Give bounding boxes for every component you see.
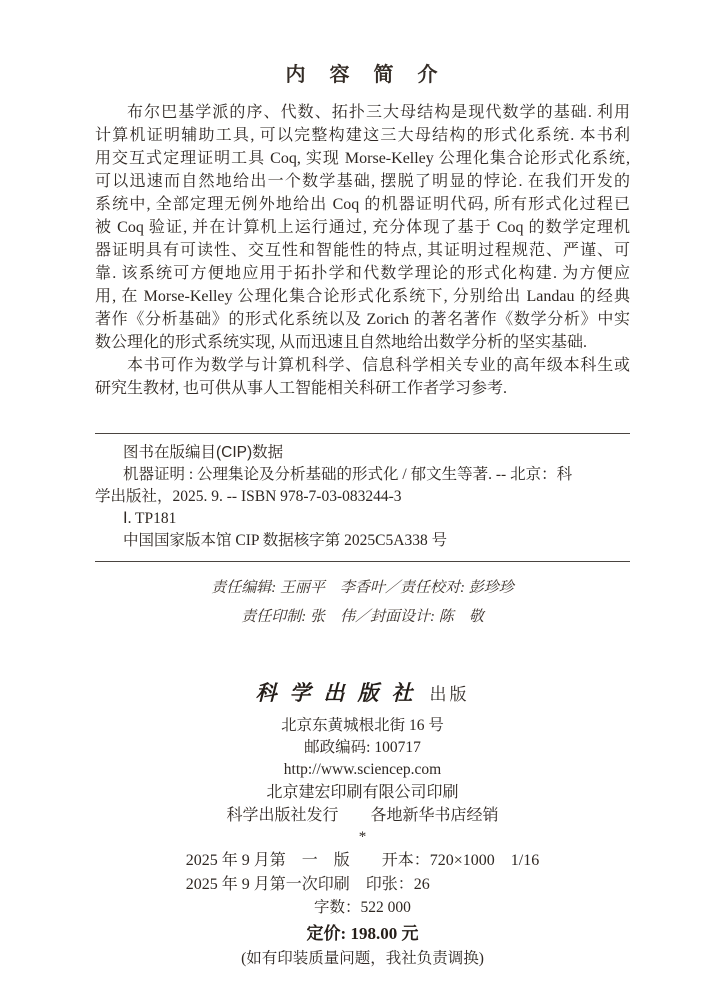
publisher-postcode: 邮政编码: 100717 xyxy=(95,737,630,759)
text-line: 研究生教材, 也可供从事人工智能相关科研工作者学习参考. xyxy=(95,377,630,400)
text-line: 学出版社，2025. 9. -- ISBN 978-7-03-083244-3 xyxy=(95,486,630,508)
text-line: 可以迅速而自然地给出一个数学基础, 摆脱了明显的悖论. 在我们开发的 xyxy=(95,170,630,193)
text-line: 用, 在 Morse-Kelley 公理化集合论形式化系统下, 分别给出 Lan… xyxy=(95,285,630,308)
cip-heading: 图书在版编目(CIP)数据 xyxy=(95,442,630,464)
text-line: Ⅰ. TP181 xyxy=(95,508,630,530)
intro-paragraph-2: 本书可作为数学与计算机科学、信息科学相关专业的高年级本科生或研究生教材, 也可供… xyxy=(95,354,630,400)
text-line: 计算机证明辅助工具, 可以完整构建这三大母结构的形式化系统. 本书利 xyxy=(95,124,630,147)
publisher-logo: 科学出版社 xyxy=(256,681,426,705)
quality-note: (如有印装质量问题，我社负责调换) xyxy=(95,947,630,971)
text-line: 器证明具有可读性、交互性和智能性的特点, 其证明过程规范、严谨、可 xyxy=(95,239,630,262)
text-line: 著作《分析基础》的形式化系统以及 Zorich 的著名著作《数学分析》中实 xyxy=(95,308,630,331)
text-line: 布尔巴基学派的序、代数、拓扑三大母结构是现代数学的基础. 利用 xyxy=(95,101,630,124)
page-title: 内 容 简 介 xyxy=(95,58,630,87)
edition-line-1: 2025 年 9 月第 一 版 开本：720×1000 1/16 xyxy=(186,849,539,873)
printer-line: 北京建宏印刷有限公司印刷 xyxy=(95,781,630,804)
publisher-colophon: 科学出版社 出版 北京东黄城根北街 16 号 邮政编码: 100717 http… xyxy=(95,678,630,971)
cip-lines: 机器证明 : 公理集论及分析基础的形式化 / 郁文生等著. -- 北京：科学出版… xyxy=(95,464,630,552)
edition-info: 2025 年 9 月第 一 版 开本：720×1000 1/16 2025 年 … xyxy=(95,849,630,897)
text-line: 用交互式定理证明工具 Coq, 实现 Morse-Kelley 公理化集合论形式… xyxy=(95,147,630,170)
text-line: 被 Coq 验证, 并在计算机上运行通过, 充分体现了基于 Coq 的数学定理机 xyxy=(95,216,630,239)
text-line: 机器证明 : 公理集论及分析基础的形式化 / 郁文生等著. -- 北京：科 xyxy=(95,464,630,486)
intro-paragraph-1: 布尔巴基学派的序、代数、拓扑三大母结构是现代数学的基础. 利用计算机证明辅助工具… xyxy=(95,101,630,354)
text-line: 本书可作为数学与计算机科学、信息科学相关专业的高年级本科生或 xyxy=(95,354,630,377)
staff-credits: 责任编辑: 王丽平 李香叶／责任校对: 彭珍珍 责任印制: 张 伟／封面设计: … xyxy=(95,574,630,632)
cip-data-block: 图书在版编目(CIP)数据 机器证明 : 公理集论及分析基础的形式化 / 郁文生… xyxy=(95,433,630,562)
text-line: 靠. 该系统可方便地应用于拓扑学和代数学理论的形式化构建. 为方便应 xyxy=(95,262,630,285)
credits-print-design: 责任印制: 张 伟／封面设计: 陈 敬 xyxy=(95,603,630,632)
publisher-suffix: 出版 xyxy=(430,685,470,704)
text-line: 系统中, 全部定理无例外地给出 Coq 的机器证明代码, 所有形式化过程已 xyxy=(95,193,630,216)
publisher-website: http://www.sciencep.com xyxy=(95,759,630,781)
distribution-line: 科学出版社发行 各地新华书店经销 xyxy=(95,804,630,827)
edition-line-2: 2025 年 9 月第一次印刷 印张：26 xyxy=(186,873,539,897)
text-line: 数公理化的形式系统实现, 从而迅速且自然地给出数学分析的坚实基础. xyxy=(95,331,630,354)
publisher-address: 北京东黄城根北街 16 号 xyxy=(95,715,630,737)
price: 定价: 198.00 元 xyxy=(95,921,630,947)
star-separator: * xyxy=(95,829,630,845)
book-copyright-page: 内 容 简 介 布尔巴基学派的序、代数、拓扑三大母结构是现代数学的基础. 利用计… xyxy=(0,0,720,1000)
credits-editors: 责任编辑: 王丽平 李香叶／责任校对: 彭珍珍 xyxy=(95,574,630,603)
word-count: 字数：522 000 xyxy=(95,897,630,919)
publisher-logo-line: 科学出版社 出版 xyxy=(95,678,630,711)
text-line: 中国国家版本馆 CIP 数据核字第 2025C5A338 号 xyxy=(95,530,630,552)
page-content: 内 容 简 介 布尔巴基学派的序、代数、拓扑三大母结构是现代数学的基础. 利用计… xyxy=(95,58,630,971)
